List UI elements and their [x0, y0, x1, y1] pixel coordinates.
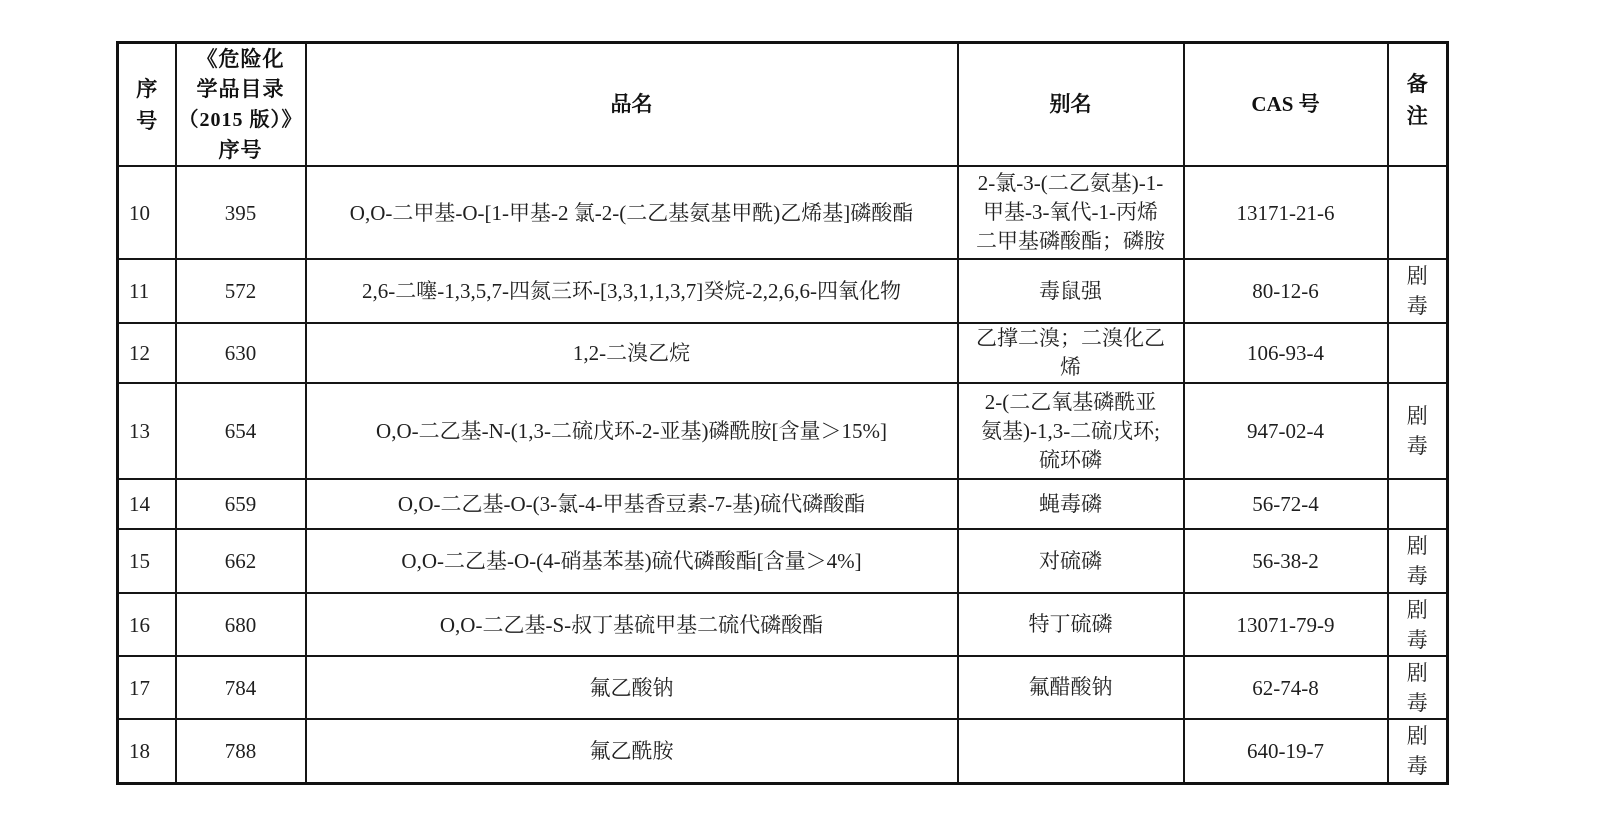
cell-name: 2,6-二噻-1,3,5,7-四氮三环-[3,3,1,1,3,7]癸烷-2,2,…: [306, 259, 958, 323]
cell-cas: 62-74-8: [1184, 656, 1388, 719]
cell-note: [1388, 166, 1448, 259]
cell-seq: 14: [118, 479, 176, 529]
note-line: 剧: [1407, 534, 1428, 558]
cell-alias: 2-氯-3-(二乙氨基)-1- 甲基-3-氧代-1-丙烯 二甲基磷酸酯；磷胺: [958, 166, 1184, 259]
header-note-line: 备: [1407, 72, 1428, 96]
cell-cas: 947-02-4: [1184, 383, 1388, 479]
header-catalog-line: （2015 版）》: [179, 109, 303, 131]
note-line: 毒: [1407, 564, 1428, 588]
note-line: 毒: [1407, 294, 1428, 318]
note-line: 剧: [1407, 404, 1428, 428]
header-seq-line: 序: [136, 77, 157, 101]
cell-seq: 10: [118, 166, 176, 259]
hazardous-chemicals-table: 序 号 《危险化 学品目录 （2015 版）》 序号 品名 别名 CAS 号 备…: [116, 41, 1449, 785]
cell-note: 剧 毒: [1388, 529, 1448, 593]
header-catalog-seq: 《危险化 学品目录 （2015 版）》 序号: [176, 43, 306, 167]
cell-name: 1,2-二溴乙烷: [306, 323, 958, 383]
note-line: 毒: [1407, 754, 1428, 778]
cell-name: O,O-二乙基-S-叔丁基硫甲基二硫代磷酸酯: [306, 593, 958, 656]
cell-catalog-seq: 395: [176, 166, 306, 259]
cell-cas: 80-12-6: [1184, 259, 1388, 323]
alias-line: 甲基-3-氧代-1-丙烯: [983, 200, 1158, 224]
table-row: 13 654 O,O-二乙基-N-(1,3-二硫戊环-2-亚基)磷酰胺[含量＞1…: [118, 383, 1448, 479]
alias-line: 2-(二乙氧基磷酰亚: [985, 390, 1157, 414]
cell-seq: 13: [118, 383, 176, 479]
cell-catalog-seq: 680: [176, 593, 306, 656]
cell-catalog-seq: 659: [176, 479, 306, 529]
table-row: 16 680 O,O-二乙基-S-叔丁基硫甲基二硫代磷酸酯 特丁硫磷 13071…: [118, 593, 1448, 656]
alias-line: 硫环磷: [1039, 448, 1102, 472]
cell-alias: 毒鼠强: [958, 259, 1184, 323]
alias-line: 乙撑二溴；二溴化乙: [976, 326, 1165, 350]
header-catalog-line: 《危险化: [197, 47, 285, 71]
cell-alias: 对硫磷: [958, 529, 1184, 593]
note-line: 毒: [1407, 434, 1428, 458]
cell-alias: [958, 719, 1184, 783]
note-line: 毒: [1407, 628, 1428, 652]
cell-alias: 氟醋酸钠: [958, 656, 1184, 719]
cell-catalog-seq: 654: [176, 383, 306, 479]
alias-line: 二甲基磷酸酯；磷胺: [976, 229, 1165, 253]
header-alias: 别名: [958, 43, 1184, 167]
cell-catalog-seq: 630: [176, 323, 306, 383]
header-cas: CAS 号: [1184, 43, 1388, 167]
header-note: 备 注: [1388, 43, 1448, 167]
cell-seq: 12: [118, 323, 176, 383]
header-name: 品名: [306, 43, 958, 167]
cell-cas: 13071-79-9: [1184, 593, 1388, 656]
table-row: 12 630 1,2-二溴乙烷 乙撑二溴；二溴化乙 烯 106-93-4: [118, 323, 1448, 383]
cell-name: 氟乙酸钠: [306, 656, 958, 719]
table-row: 15 662 O,O-二乙基-O-(4-硝基苯基)硫代磷酸酯[含量＞4%] 对硫…: [118, 529, 1448, 593]
table-body: 10 395 O,O-二甲基-O-[1-甲基-2 氯-2-(二乙基氨基甲酰)乙烯…: [118, 166, 1448, 783]
cell-catalog-seq: 788: [176, 719, 306, 783]
cell-alias: 乙撑二溴；二溴化乙 烯: [958, 323, 1184, 383]
cell-alias: 特丁硫磷: [958, 593, 1184, 656]
cell-name: O,O-二乙基-O-(4-硝基苯基)硫代磷酸酯[含量＞4%]: [306, 529, 958, 593]
note-line: 毒: [1407, 691, 1428, 715]
cell-seq: 11: [118, 259, 176, 323]
cell-catalog-seq: 662: [176, 529, 306, 593]
note-line: 剧: [1407, 661, 1428, 685]
cell-note: 剧 毒: [1388, 719, 1448, 783]
cell-note: 剧 毒: [1388, 656, 1448, 719]
cell-note: [1388, 479, 1448, 529]
header-seq: 序 号: [118, 43, 176, 167]
header-note-line: 注: [1407, 104, 1428, 128]
note-line: 剧: [1407, 264, 1428, 288]
alias-line: 2-氯-3-(二乙氨基)-1-: [978, 171, 1163, 195]
cell-name: O,O-二乙基-O-(3-氯-4-甲基香豆素-7-基)硫代磷酸酯: [306, 479, 958, 529]
note-line: 剧: [1407, 724, 1428, 748]
cell-name: O,O-二乙基-N-(1,3-二硫戊环-2-亚基)磷酰胺[含量＞15%]: [306, 383, 958, 479]
cell-seq: 18: [118, 719, 176, 783]
cell-name: O,O-二甲基-O-[1-甲基-2 氯-2-(二乙基氨基甲酰)乙烯基]磷酸酯: [306, 166, 958, 259]
note-line: 剧: [1407, 598, 1428, 622]
cell-seq: 17: [118, 656, 176, 719]
header-catalog-line: 学品目录: [197, 77, 285, 101]
alias-line: 氨基)-1,3-二硫戊环;: [981, 419, 1160, 443]
cell-cas: 640-19-7: [1184, 719, 1388, 783]
header-seq-line: 号: [136, 109, 157, 133]
cell-cas: 56-72-4: [1184, 479, 1388, 529]
cell-seq: 15: [118, 529, 176, 593]
header-row: 序 号 《危险化 学品目录 （2015 版）》 序号 品名 别名 CAS 号 备…: [118, 43, 1448, 167]
header-catalog-line: 序号: [219, 138, 263, 162]
table-row: 14 659 O,O-二乙基-O-(3-氯-4-甲基香豆素-7-基)硫代磷酸酯 …: [118, 479, 1448, 529]
cell-note: 剧 毒: [1388, 383, 1448, 479]
table-row: 10 395 O,O-二甲基-O-[1-甲基-2 氯-2-(二乙基氨基甲酰)乙烯…: [118, 166, 1448, 259]
cell-alias: 蝇毒磷: [958, 479, 1184, 529]
cell-catalog-seq: 572: [176, 259, 306, 323]
table-row: 11 572 2,6-二噻-1,3,5,7-四氮三环-[3,3,1,1,3,7]…: [118, 259, 1448, 323]
table-row: 17 784 氟乙酸钠 氟醋酸钠 62-74-8 剧 毒: [118, 656, 1448, 719]
cell-cas: 13171-21-6: [1184, 166, 1388, 259]
cell-note: 剧 毒: [1388, 259, 1448, 323]
table-row: 18 788 氟乙酰胺 640-19-7 剧 毒: [118, 719, 1448, 783]
cell-catalog-seq: 784: [176, 656, 306, 719]
cell-name: 氟乙酰胺: [306, 719, 958, 783]
alias-line: 烯: [1060, 355, 1081, 379]
cell-note: 剧 毒: [1388, 593, 1448, 656]
cell-note: [1388, 323, 1448, 383]
cell-cas: 106-93-4: [1184, 323, 1388, 383]
cell-alias: 2-(二乙氧基磷酰亚 氨基)-1,3-二硫戊环; 硫环磷: [958, 383, 1184, 479]
cell-cas: 56-38-2: [1184, 529, 1388, 593]
cell-seq: 16: [118, 593, 176, 656]
